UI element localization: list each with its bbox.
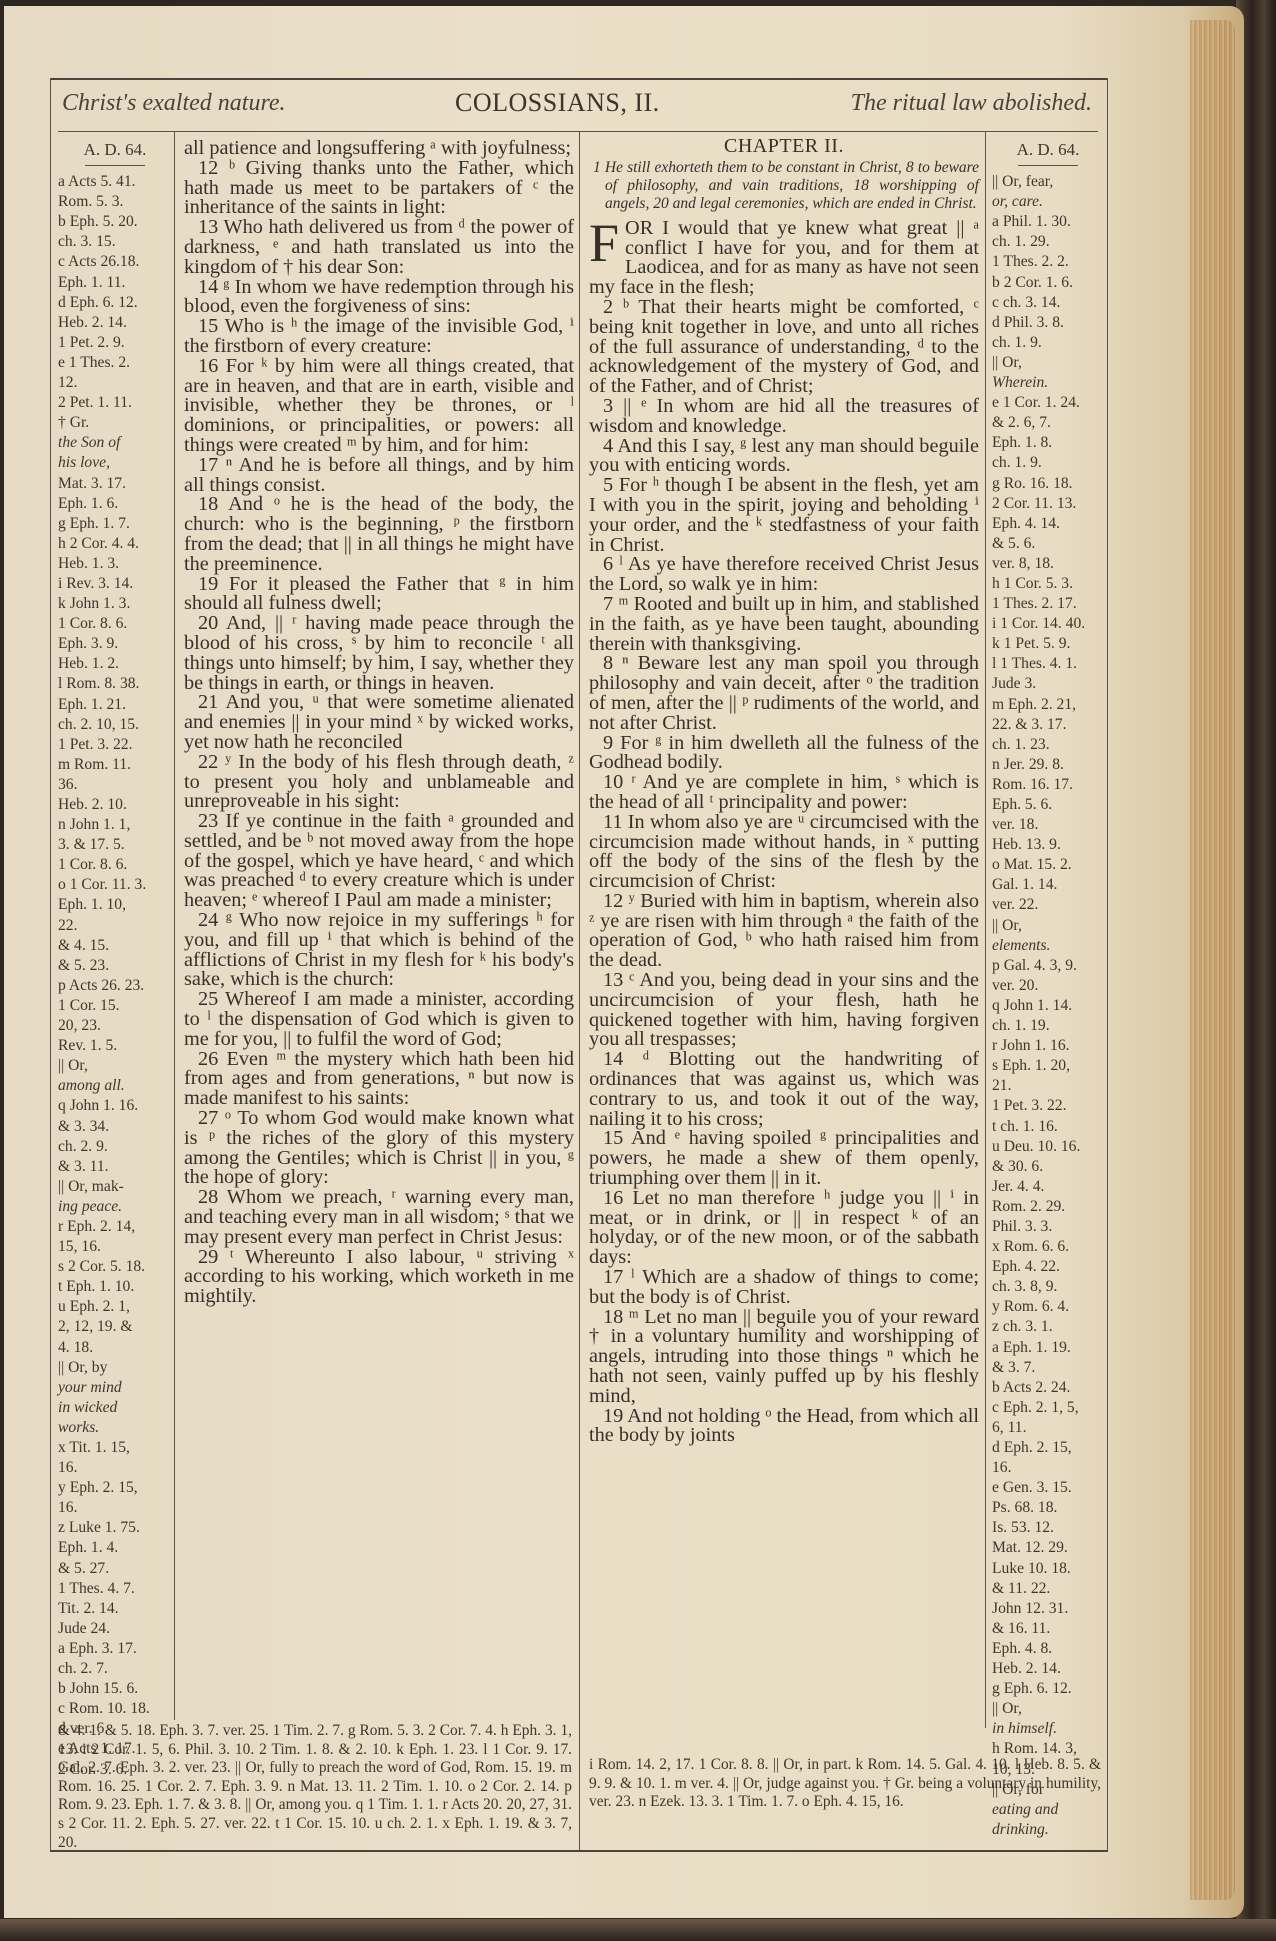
margin-reference: Eph. 4. 14. — [992, 514, 1104, 534]
book-binding-bottom — [0, 1919, 1276, 1941]
margin-reference: & 4. 15. — [58, 936, 172, 956]
margin-reference: Heb. 2. 14. — [992, 1659, 1104, 1679]
margin-reference: ver. 8, 18. — [992, 554, 1104, 574]
margin-reference: Heb. 13. 9. — [992, 835, 1104, 855]
margin-reference: e 1 Thes. 2. — [58, 353, 172, 373]
verse: 18 ᵐ Let no man || beguile you of your r… — [589, 1308, 979, 1407]
margin-reference: || Or, — [992, 916, 1104, 936]
margin-reference: g Eph. 1. 7. — [58, 514, 172, 534]
left-margin-divider — [174, 132, 175, 1720]
margin-reference: among all. — [58, 1076, 172, 1096]
right-margin-era: A. D. 64. — [992, 140, 1104, 166]
margin-reference: 12. — [58, 373, 172, 393]
margin-reference: q John 1. 16. — [58, 1096, 172, 1116]
margin-reference: in wicked — [58, 1398, 172, 1418]
margin-reference: g Ro. 16. 18. — [992, 474, 1104, 494]
margin-reference: Ps. 68. 18. — [992, 1498, 1104, 1518]
verse: 3 || ᵉ In whom are hid all the treasures… — [589, 397, 979, 437]
verse: 29 ᵗ Whereunto I also labour, ᵘ striving… — [184, 1248, 574, 1307]
header-left-title: Christ's exalted nature. — [62, 90, 286, 117]
margin-reference: b Acts 2. 24. — [992, 1378, 1104, 1398]
margin-reference: 1 Pet. 2. 9. — [58, 333, 172, 353]
margin-reference: ch. 2. 7. — [58, 1659, 172, 1679]
margin-reference: & 5. 27. — [58, 1559, 172, 1579]
running-header: Christ's exalted nature. COLOSSIANS, II.… — [60, 86, 1100, 126]
margin-reference: || Or, — [992, 353, 1104, 373]
verse: 17 ⁿ And he is before all things, and by… — [184, 456, 574, 496]
footnotes-left: & 4. 1. & 5. 18. Eph. 3. 7. ver. 25. 1 T… — [58, 1722, 572, 1852]
verse: 12 ᵇ Giving thanks unto the Father, whic… — [184, 159, 574, 218]
margin-reference: Heb. 1. 2. — [58, 654, 172, 674]
drop-cap: F — [589, 221, 619, 265]
margin-reference: Wherein. — [992, 373, 1104, 393]
margin-reference: || Or, by — [58, 1358, 172, 1378]
margin-reference: ver. 22. — [992, 895, 1104, 915]
margin-reference: k John 1. 3. — [58, 594, 172, 614]
margin-reference: ch. 1. 29. — [992, 232, 1104, 252]
margin-reference: ch. 1. 9. — [992, 333, 1104, 353]
margin-reference: || Or, — [992, 1699, 1104, 1719]
verse: 23 If ye continue in the faith ᵃ grounde… — [184, 812, 574, 911]
margin-reference: 1 Thes. 2. 2. — [992, 252, 1104, 272]
margin-reference: x Tit. 1. 15, — [58, 1438, 172, 1458]
margin-reference: u Deu. 10. 16. — [992, 1137, 1104, 1157]
verse: 15 Who is ʰ the image of the invisible G… — [184, 317, 574, 357]
margin-reference: & 16. 11. — [992, 1619, 1104, 1639]
margin-reference: & 3. 7. — [992, 1358, 1104, 1378]
right-margin-references: A. D. 64. || Or, fear,or, care.a Phil. 1… — [992, 140, 1104, 1840]
margin-reference: s 2 Cor. 5. 18. — [58, 1257, 172, 1277]
margin-reference: ch. 1. 9. — [992, 453, 1104, 473]
margin-reference: 16. — [58, 1498, 172, 1518]
margin-reference: Eph. 1. 11. — [58, 273, 172, 293]
margin-reference: your mind — [58, 1378, 172, 1398]
margin-reference: l Rom. 8. 38. — [58, 674, 172, 694]
left-ref-list: a Acts 5. 41.Rom. 5. 3.b Eph. 5. 20.ch. … — [58, 172, 172, 1780]
margin-reference: Eph. 1. 21. — [58, 695, 172, 715]
verse: 19 For it pleased the Father that ᵍ in h… — [184, 575, 574, 615]
margin-reference: a Acts 5. 41. — [58, 172, 172, 192]
margin-reference: ch. 1. 23. — [992, 735, 1104, 755]
margin-reference: g Eph. 6. 12. — [992, 1679, 1104, 1699]
margin-reference: ch. 2. 9. — [58, 1137, 172, 1157]
verse: 27 ᵒ To whom God would make known what i… — [184, 1109, 574, 1188]
margin-reference: 3. & 17. 5. — [58, 835, 172, 855]
verse: 20 And, || ʳ having made peace through t… — [184, 614, 574, 693]
left-margin-era: A. D. 64. — [58, 140, 172, 166]
margin-reference: Luke 10. 18. — [992, 1559, 1104, 1579]
margin-reference: t ch. 1. 16. — [992, 1117, 1104, 1137]
margin-reference: Eph. 5. 6. — [992, 795, 1104, 815]
margin-reference: c ch. 3. 14. — [992, 293, 1104, 313]
margin-reference: i 1 Cor. 14. 40. — [992, 614, 1104, 634]
verse: 6 ˡ As ye have therefore received Christ… — [589, 555, 979, 595]
margin-reference: & 3. 11. — [58, 1157, 172, 1177]
margin-reference: a Eph. 3. 17. — [58, 1639, 172, 1659]
margin-reference: works. — [58, 1418, 172, 1438]
margin-reference: n Jer. 29. 8. — [992, 755, 1104, 775]
verse: 7 ᵐ Rooted and built up in him, and stab… — [589, 595, 979, 654]
margin-reference: in himself. — [992, 1719, 1104, 1739]
margin-reference: elements. — [992, 936, 1104, 956]
verse: 28 Whom we preach, ʳ warning every man, … — [184, 1188, 574, 1247]
margin-reference: 1 Pet. 3. 22. — [58, 735, 172, 755]
margin-reference: 2 Cor. 11. 13. — [992, 494, 1104, 514]
verse: all patience and longsuffering ᵃ with jo… — [184, 139, 574, 159]
verse: 16 Let no man therefore ʰ judge you || ⁱ… — [589, 1189, 979, 1268]
margin-reference: t Eph. 1. 10. — [58, 1277, 172, 1297]
margin-reference: & 30. 6. — [992, 1157, 1104, 1177]
left-margin-references: A. D. 64. a Acts 5. 41.Rom. 5. 3.b Eph. … — [58, 140, 172, 1780]
margin-reference: Eph. 3. 9. — [58, 634, 172, 654]
margin-reference: o Mat. 15. 2. — [992, 855, 1104, 875]
margin-reference: the Son of — [58, 433, 172, 453]
verse: 22 ʸ In the body of his flesh through de… — [184, 753, 574, 812]
margin-reference: John 12. 31. — [992, 1599, 1104, 1619]
margin-reference: 16. — [58, 1458, 172, 1478]
margin-reference: h 1 Cor. 5. 3. — [992, 574, 1104, 594]
margin-reference: 36. — [58, 775, 172, 795]
right-ref-list: || Or, fear,or, care.a Phil. 1. 30.ch. 1… — [992, 172, 1104, 1840]
margin-reference: 2, 12, 19. & — [58, 1317, 172, 1337]
margin-reference: 22. & 3. 17. — [992, 715, 1104, 735]
text-column-1: all patience and longsuffering ᵃ with jo… — [184, 139, 574, 1307]
margin-reference: e Gen. 3. 15. — [992, 1478, 1104, 1498]
margin-reference: d Eph. 6. 12. — [58, 293, 172, 313]
margin-reference: Tit. 2. 14. — [58, 1599, 172, 1619]
margin-reference: & 3. 34. — [58, 1117, 172, 1137]
verse: 12 ʸ Buried with him in baptism, wherein… — [589, 892, 979, 971]
margin-reference: Eph. 1. 8. — [992, 433, 1104, 453]
verse: 14 ᵍ In whom we have redemption through … — [184, 278, 574, 318]
margin-reference: 6, 11. — [992, 1418, 1104, 1438]
verse: 13 ᶜ And you, being dead in your sins an… — [589, 971, 979, 1050]
margin-reference: & 11. 22. — [992, 1579, 1104, 1599]
margin-reference: Jer. 4. 4. — [992, 1177, 1104, 1197]
margin-reference: y Eph. 2. 15, — [58, 1478, 172, 1498]
margin-reference: d Eph. 2. 15, — [992, 1438, 1104, 1458]
text-column-2: CHAPTER II. 1 He still exhorteth them to… — [589, 137, 979, 1446]
margin-reference: c Eph. 2. 1, 5, — [992, 1398, 1104, 1418]
margin-reference: ch. 3. 15. — [58, 232, 172, 252]
header-rule — [58, 131, 1098, 132]
verse: 16 For ᵏ by him were all things created,… — [184, 357, 574, 456]
margin-reference: his love, — [58, 453, 172, 473]
margin-reference: Heb. 1. 3. — [58, 554, 172, 574]
margin-reference: Eph. 4. 22. — [992, 1257, 1104, 1277]
verse: 24 ᵍ Who now rejoice in my sufferings ʰ … — [184, 911, 574, 990]
margin-reference: 4. 18. — [58, 1338, 172, 1358]
margin-reference: || Or, mak- — [58, 1177, 172, 1197]
margin-reference: 1 Cor. 8. 6. — [58, 855, 172, 875]
verse: 10 ʳ And ye are complete in him, ˢ which… — [589, 773, 979, 813]
margin-reference: b John 15. 6. — [58, 1679, 172, 1699]
margin-reference: Eph. 4. 8. — [992, 1639, 1104, 1659]
margin-reference: drinking. — [992, 1820, 1104, 1840]
margin-reference: k 1 Pet. 5. 9. — [992, 634, 1104, 654]
margin-reference: d Phil. 3. 8. — [992, 313, 1104, 333]
margin-reference: c Acts 26.18. — [58, 252, 172, 272]
margin-reference: b 2 Cor. 1. 6. — [992, 273, 1104, 293]
margin-reference: Eph. 1. 4. — [58, 1538, 172, 1558]
verse: 18 And ᵒ he is the head of the body, the… — [184, 495, 574, 574]
margin-reference: Jude 24. — [58, 1619, 172, 1639]
margin-reference: h 2 Cor. 4. 4. — [58, 534, 172, 554]
margin-reference: 2 Pet. 1. 11. — [58, 393, 172, 413]
verse: 4 And this I say, ᵍ lest any man should … — [589, 437, 979, 477]
margin-reference: 1 Pet. 3. 22. — [992, 1096, 1104, 1116]
margin-reference: Rom. 16. 17. — [992, 775, 1104, 795]
verse: 26 Even ᵐ the mystery which hath been hi… — [184, 1050, 574, 1109]
margin-reference: c Rom. 10. 18. — [58, 1699, 172, 1719]
margin-reference: m Rom. 11. — [58, 755, 172, 775]
margin-reference: & 5. 6. — [992, 534, 1104, 554]
margin-reference: Mat. 12. 29. — [992, 1538, 1104, 1558]
margin-reference: Rev. 1. 5. — [58, 1036, 172, 1056]
margin-reference: 16. — [992, 1458, 1104, 1478]
margin-reference: 20, 23. — [58, 1016, 172, 1036]
header-book-title: COLOSSIANS, II. — [455, 88, 660, 118]
margin-reference: & 2. 6, 7. — [992, 413, 1104, 433]
margin-reference: r Eph. 2. 14, — [58, 1217, 172, 1237]
margin-reference: r John 1. 16. — [992, 1036, 1104, 1056]
verse: 19 And not holding ᵒ the Head, from whic… — [589, 1407, 979, 1447]
margin-reference: u Eph. 2. 1, — [58, 1297, 172, 1317]
center-divider — [579, 132, 580, 1850]
verse: 21 And you, ᵘ that were sometime alienat… — [184, 693, 574, 752]
margin-reference: 21. — [992, 1076, 1104, 1096]
chapter-summary: 1 He still exhorteth them to be constant… — [589, 159, 979, 213]
margin-reference: 1 Thes. 2. 17. — [992, 594, 1104, 614]
margin-reference: l 1 Thes. 4. 1. — [992, 654, 1104, 674]
margin-reference: 1 Thes. 4. 7. — [58, 1579, 172, 1599]
margin-reference: ver. 18. — [992, 815, 1104, 835]
margin-reference: i Rev. 3. 14. — [58, 574, 172, 594]
margin-reference: e 1 Cor. 1. 24. — [992, 393, 1104, 413]
margin-reference: 1 Cor. 8. 6. — [58, 614, 172, 634]
verse: 11 In whom also ye are ᵘ circumcised wit… — [589, 813, 979, 892]
margin-reference: a Phil. 1. 30. — [992, 212, 1104, 232]
margin-reference: y Rom. 6. 4. — [992, 1297, 1104, 1317]
margin-reference: Phil. 3. 3. — [992, 1217, 1104, 1237]
margin-reference: s Eph. 1. 20, — [992, 1056, 1104, 1076]
margin-reference: p Acts 26. 23. — [58, 976, 172, 996]
margin-reference: 1 Cor. 15. — [58, 996, 172, 1016]
margin-reference: o 1 Cor. 11. 3. — [58, 875, 172, 895]
right-margin-divider — [985, 132, 986, 1728]
margin-reference: or, care. — [992, 192, 1104, 212]
margin-reference: ing peace. — [58, 1197, 172, 1217]
margin-reference: ch. 3. 8, 9. — [992, 1277, 1104, 1297]
margin-reference: b Eph. 5. 20. — [58, 212, 172, 232]
page-fore-edge — [1190, 20, 1235, 1900]
chapter-body: F OR I would that ye knew what great || … — [589, 219, 979, 1446]
verse: 13 Who hath delivered us from ᵈ the powe… — [184, 218, 574, 277]
chapter-title: CHAPTER II. — [589, 137, 979, 157]
margin-reference: p Gal. 4. 3, 9. — [992, 956, 1104, 976]
margin-reference: Rom. 2. 29. — [992, 1197, 1104, 1217]
margin-reference: Eph. 1. 6. — [58, 494, 172, 514]
verse: 25 Whereof I am made a minister, accordi… — [184, 990, 574, 1049]
margin-reference: a Eph. 1. 19. — [992, 1338, 1104, 1358]
margin-reference: || Or, — [58, 1056, 172, 1076]
margin-reference: m Eph. 2. 21, — [992, 695, 1104, 715]
margin-reference: Heb. 2. 10. — [58, 795, 172, 815]
margin-reference: Is. 53. 12. — [992, 1518, 1104, 1538]
margin-reference: || Or, fear, — [992, 172, 1104, 192]
margin-reference: n John 1. 1, — [58, 815, 172, 835]
verse: OR I would that ye knew what great || ᵃ … — [589, 217, 979, 298]
margin-reference: Rom. 5. 3. — [58, 192, 172, 212]
margin-reference: z ch. 3. 1. — [992, 1317, 1104, 1337]
verse: 9 For ᵍ in him dwelleth all the fulness … — [589, 734, 979, 774]
margin-reference: q John 1. 14. — [992, 996, 1104, 1016]
verse: 5 For ʰ though I be absent in the flesh,… — [589, 476, 979, 555]
verse: 17 ˡ Which are a shadow of things to com… — [589, 1268, 979, 1308]
margin-reference: Mat. 3. 17. — [58, 474, 172, 494]
margin-reference: & 5. 23. — [58, 956, 172, 976]
margin-reference: ch. 1. 19. — [992, 1016, 1104, 1036]
margin-reference: 22. — [58, 916, 172, 936]
margin-reference: x Rom. 6. 6. — [992, 1237, 1104, 1257]
verse: 14 ᵈ Blotting out the handwriting of ord… — [589, 1050, 979, 1129]
margin-reference: z Luke 1. 75. — [58, 1518, 172, 1538]
margin-reference: 15, 16. — [58, 1237, 172, 1257]
margin-reference: Gal. 1. 14. — [992, 875, 1104, 895]
margin-reference: ch. 2. 10, 15. — [58, 715, 172, 735]
verse: 15 And ᵉ having spoiled ᵍ principalities… — [589, 1129, 979, 1188]
margin-reference: ver. 20. — [992, 976, 1104, 996]
margin-reference: Jude 3. — [992, 674, 1104, 694]
footnotes-right: i Rom. 14. 2, 17. 1 Cor. 8. 8. || Or, in… — [589, 1756, 1101, 1812]
margin-reference: † Gr. — [58, 413, 172, 433]
verse: 8 ⁿ Beware lest any man spoil you throug… — [589, 654, 979, 733]
header-right-title: The ritual law abolished. — [851, 90, 1092, 117]
margin-reference: Eph. 1. 10, — [58, 895, 172, 915]
margin-reference: Heb. 2. 14. — [58, 313, 172, 333]
verse: 2 ᵇ That their hearts might be comforted… — [589, 298, 979, 397]
